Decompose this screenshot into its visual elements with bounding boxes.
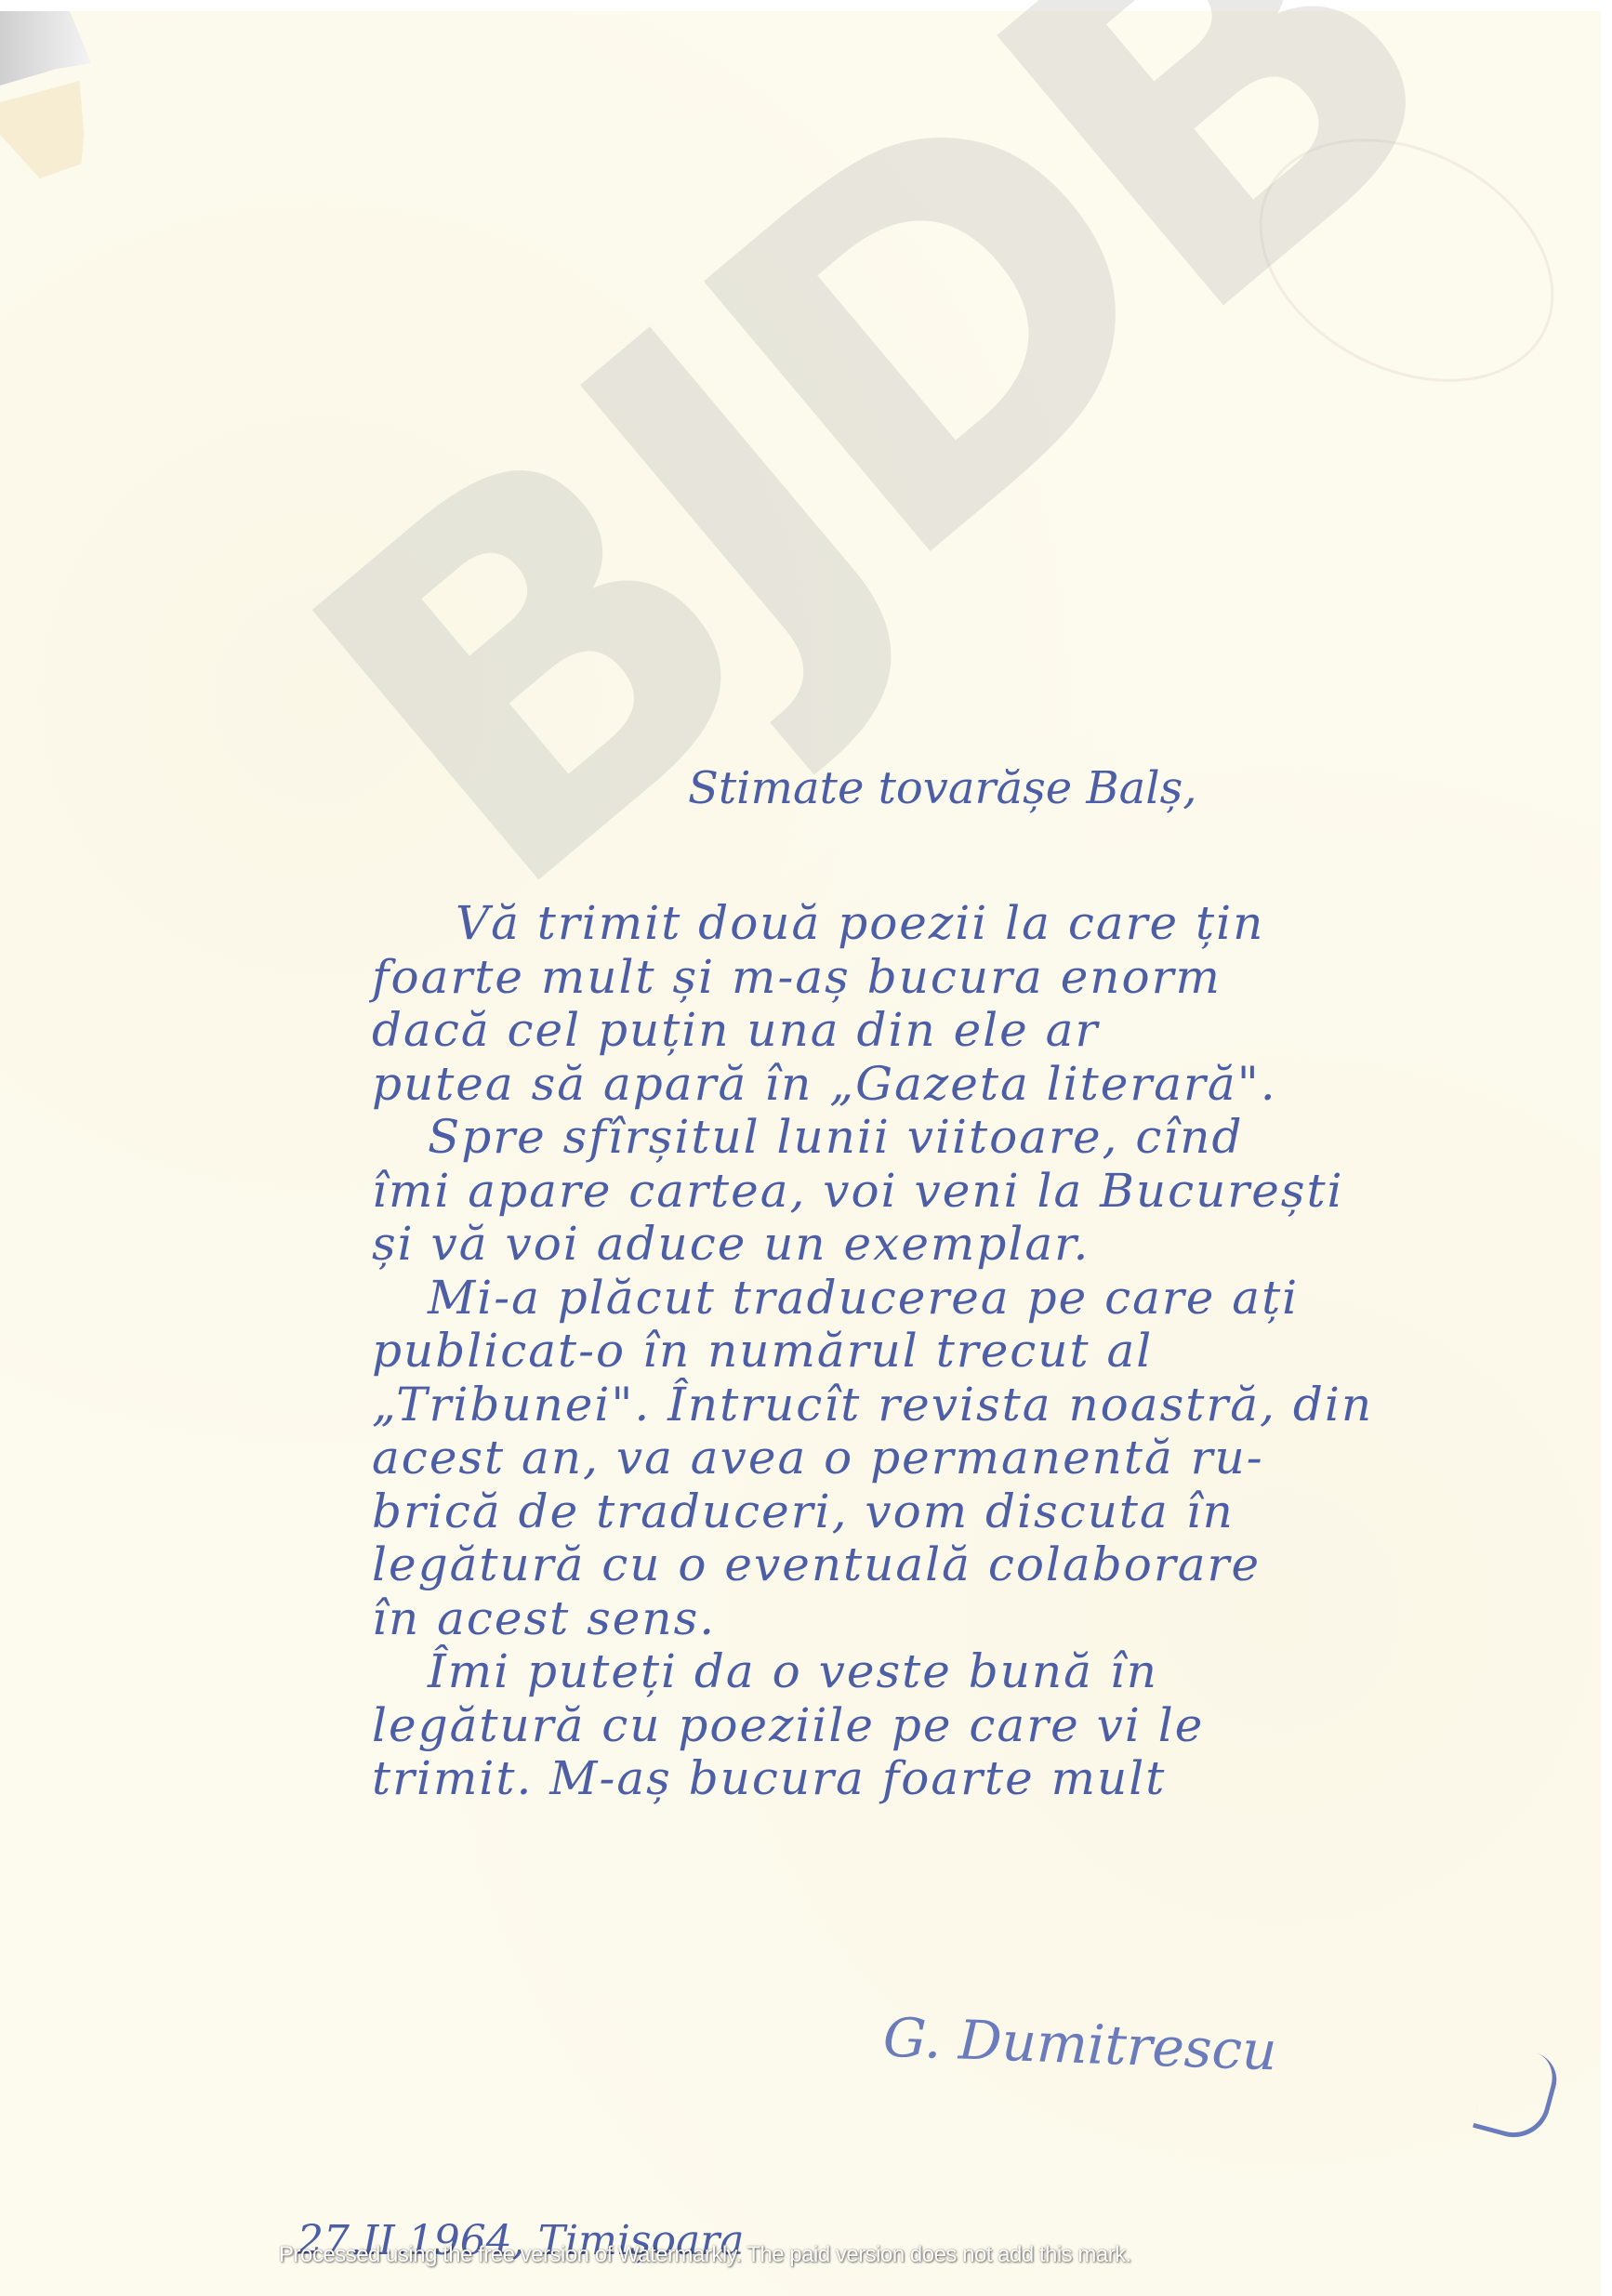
letter-line: trimit. M-aș bucura foarte mult (372, 1752, 1599, 1806)
letter-line: „Tribunei". Întrucît revista noastră, di… (372, 1379, 1599, 1432)
folded-torn-flap (0, 81, 88, 178)
torn-corner (0, 11, 93, 86)
letter-line: Îmi puteți da o veste bună în (372, 1645, 1599, 1699)
letter-line: Mi-a plăcut traducerea pe care ați (372, 1272, 1599, 1326)
letter-line: și vă voi aduce un exemplar. (372, 1218, 1599, 1272)
letter-line: foarte mult și m-aș bucura enorm (372, 951, 1599, 1005)
letter-line: dacă cel puțin una din ele ar (372, 1004, 1599, 1058)
letter-line: brică de traduceri, vom discuta în (372, 1485, 1599, 1539)
letter-line: publicat-o în numărul trecut al (372, 1325, 1599, 1379)
letter-salutation: Stimate tovarășe Balș, (688, 762, 1197, 814)
letter-line: în acest sens. (372, 1592, 1599, 1646)
letter-line: putea să apară în „Gazeta literară". (372, 1058, 1599, 1112)
processing-watermark: Processed using the free version of Wate… (279, 2242, 1131, 2268)
letter-line: acest an, va avea o permanentă ru- (372, 1432, 1599, 1485)
letter-line: Vă trimit două poezii la care țin (372, 897, 1599, 951)
letter-line: îmi apare cartea, voi veni la București (372, 1165, 1599, 1219)
letter-body: Vă trimit două poezii la care țin foarte… (372, 897, 1599, 1806)
letter-line: legătură cu poeziile pe care vi le (372, 1699, 1599, 1753)
letter-line: legătură cu o eventuală colaborare (372, 1538, 1599, 1592)
letter-line: Spre sfîrșitul lunii viitoare, cînd (372, 1111, 1599, 1165)
